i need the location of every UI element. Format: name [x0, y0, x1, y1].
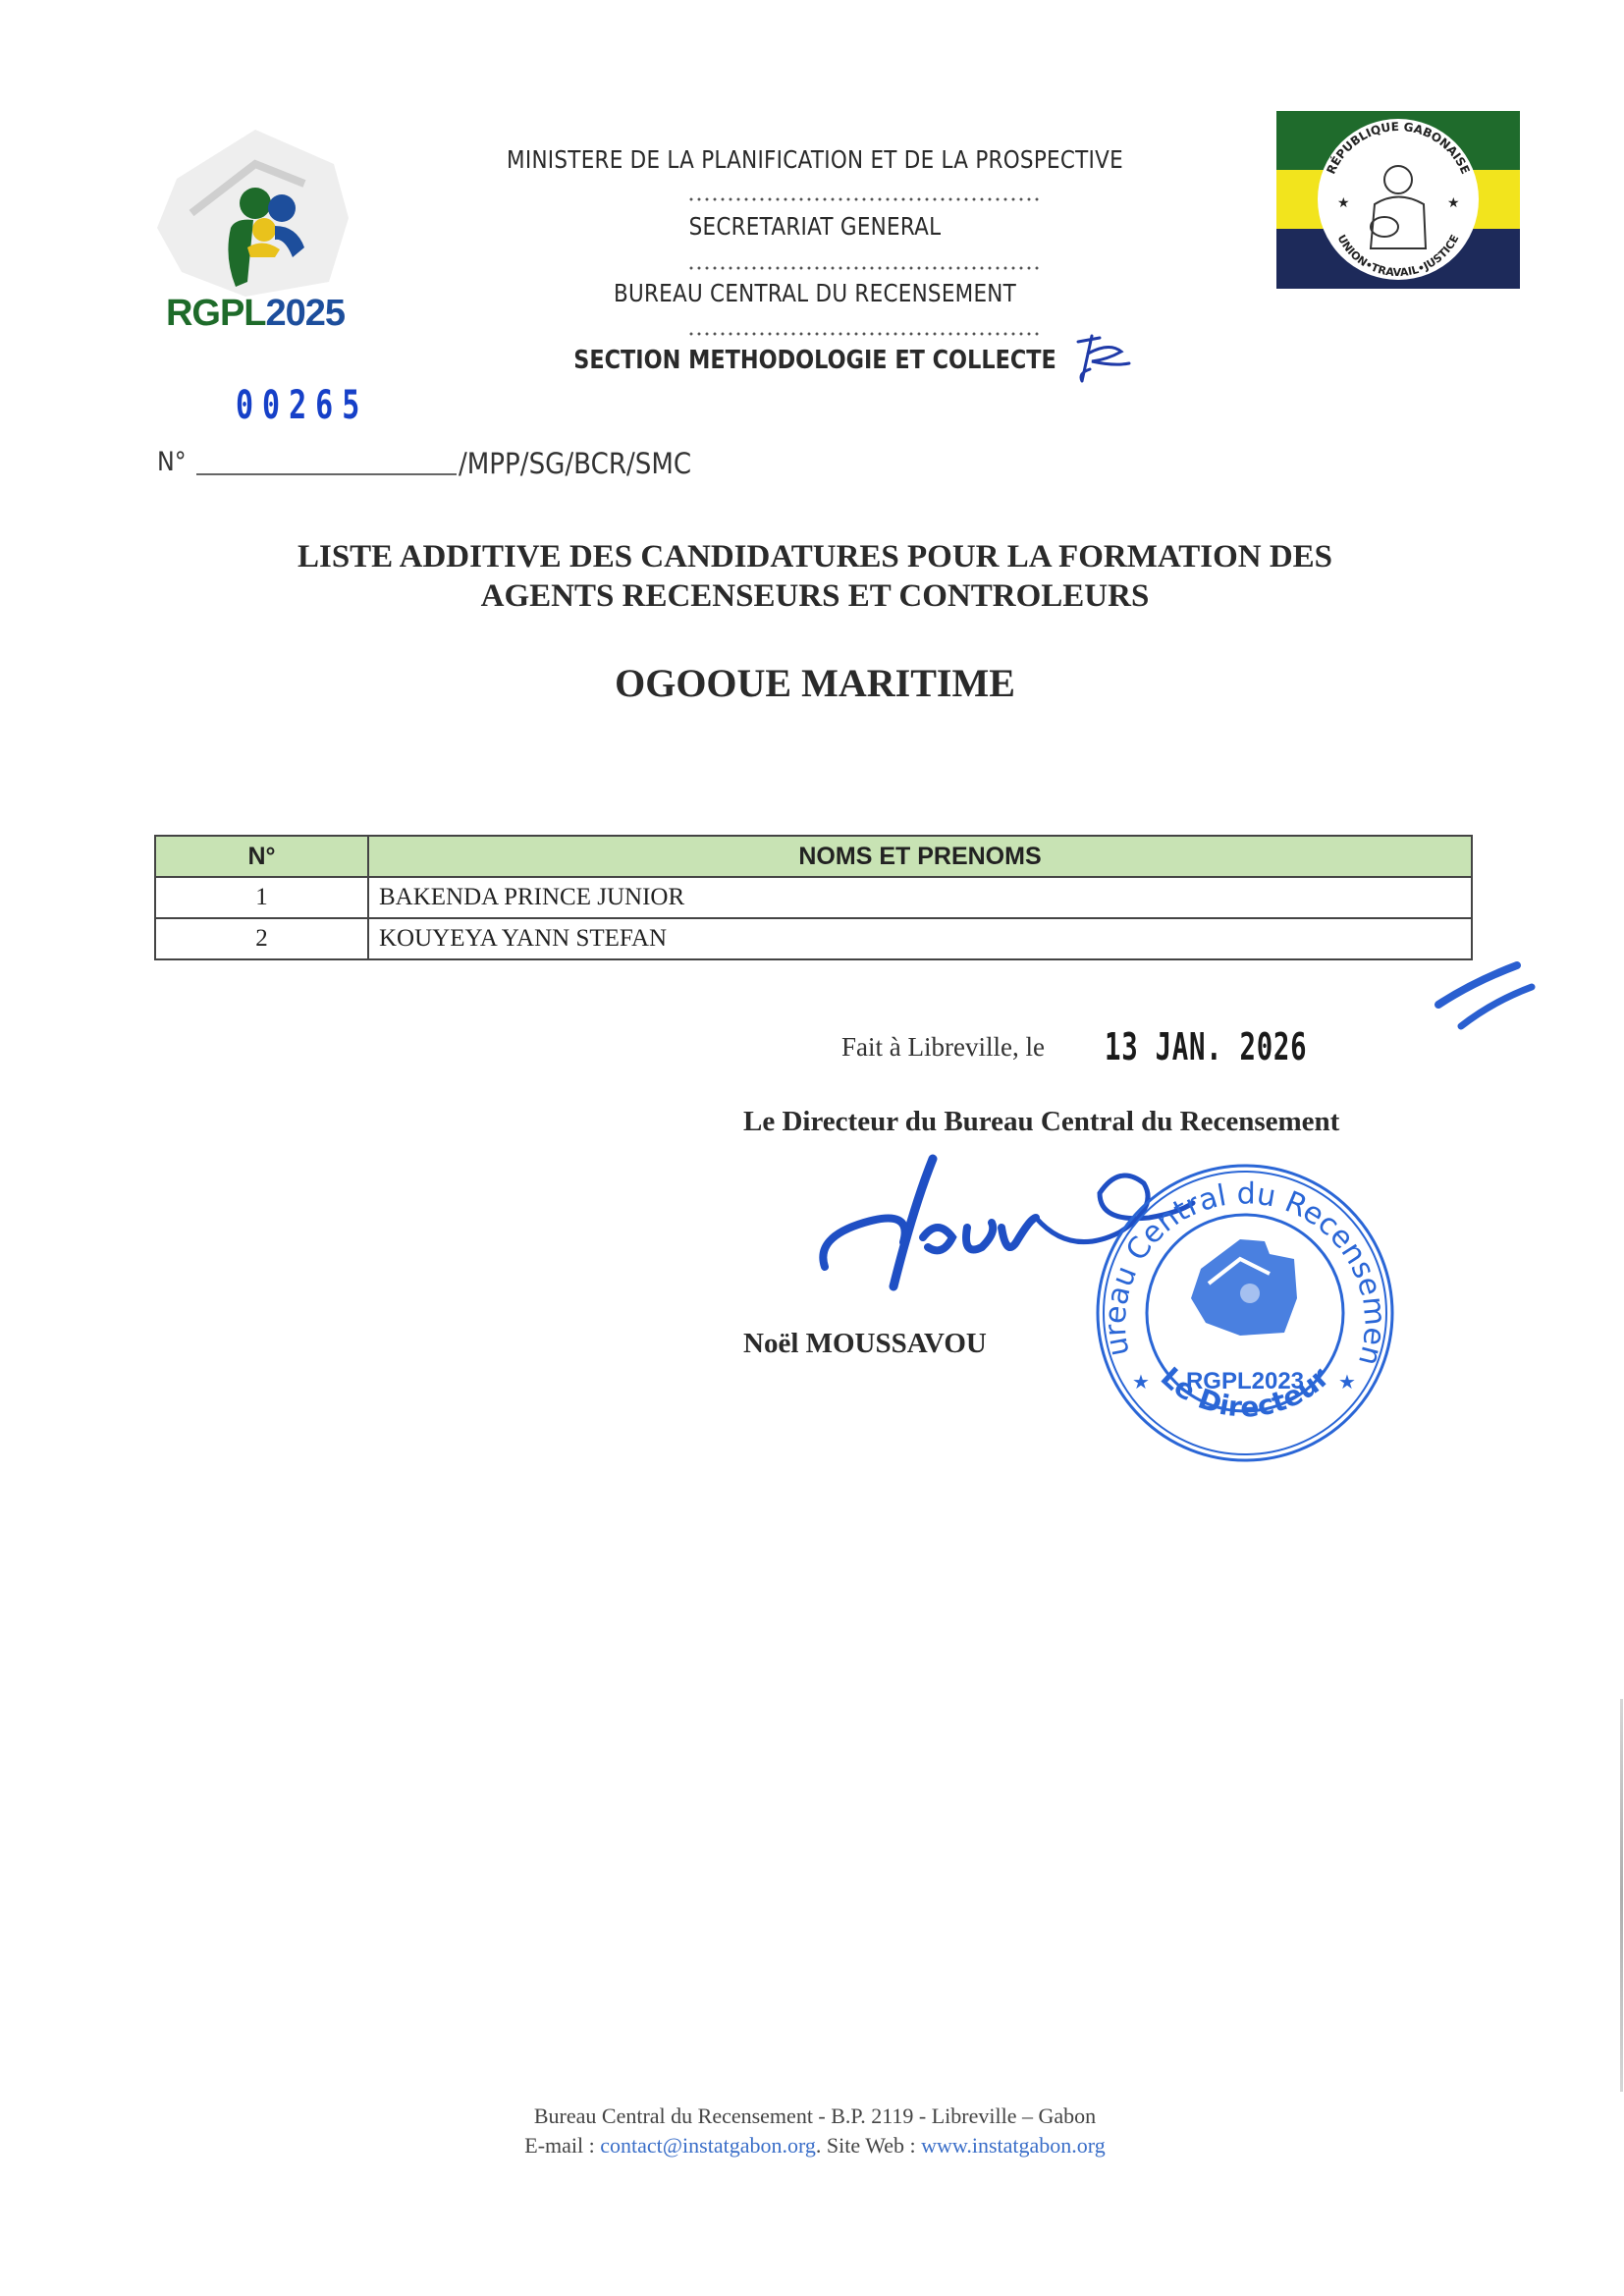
stamped-reference-number: 00265 [236, 383, 368, 428]
svg-text:RGPL2023: RGPL2023 [1186, 1368, 1304, 1394]
footer-address: Bureau Central du Recensement - B.P. 211… [324, 2102, 1306, 2131]
svg-text:★: ★ [1337, 196, 1350, 211]
ministry-name: MINISTERE DE LA PLANIFICATION ET DE LA P… [486, 145, 1145, 174]
signatory-title: Le Directeur du Bureau Central du Recens… [743, 1106, 1339, 1138]
signatory-name: Noël MOUSSAVOU [743, 1328, 987, 1360]
logo-wordmark: RGPL2025 [137, 293, 373, 335]
scan-edge-artifact [1620, 1699, 1623, 2092]
row-name: KOUYEYA YANN STEFAN [368, 918, 1472, 959]
column-header-names: NOMS ET PRENOMS [368, 836, 1472, 877]
footer: Bureau Central du Recensement - B.P. 211… [324, 2102, 1306, 2160]
section-name: SECTION METHODOLOGIE ET COLLECTE [486, 346, 1145, 375]
email-link[interactable]: contact@instatgabon.org [600, 2133, 816, 2158]
closing-slash-marks [1434, 957, 1542, 1036]
separator-dots [687, 196, 1041, 202]
website-link[interactable]: www.instatgabon.org [921, 2133, 1106, 2158]
row-number: 1 [155, 877, 368, 918]
candidates-table: N° NOMS ET PRENOMS 1 BAKENDA PRINCE JUNI… [154, 835, 1473, 960]
handwritten-initial [1070, 332, 1139, 386]
region-title: OGOOUE MARITIME [157, 660, 1473, 706]
footer-contacts: E-mail : contact@instatgabon.org. Site W… [324, 2131, 1306, 2160]
separator-dots [687, 265, 1041, 271]
svg-text:★: ★ [1338, 1372, 1356, 1394]
column-header-number: N° [155, 836, 368, 877]
document-title-line1: LISTE ADDITIVE DES CANDIDATURES POUR LA … [157, 539, 1473, 575]
gabon-flag-emblem: ★ ★ RÉPUBLIQUE GABONAISE UNION•TRAVAIL•J… [1276, 111, 1520, 289]
secretariat-name: SECRETARIAT GENERAL [486, 212, 1145, 241]
reference-prefix: N° [157, 447, 187, 477]
place-label: Fait à Libreville, le [841, 1032, 1045, 1063]
table-header-row: N° NOMS ET PRENOMS [155, 836, 1472, 877]
row-name: BAKENDA PRINCE JUNIOR [368, 877, 1472, 918]
svg-text:★: ★ [1132, 1372, 1150, 1394]
bureau-name: BUREAU CENTRAL DU RECENSEMENT [486, 279, 1145, 307]
reference-suffix: /MPP/SG/BCR/SMC [459, 447, 691, 480]
separator-dots [687, 331, 1041, 337]
table-row: 1 BAKENDA PRINCE JUNIOR [155, 877, 1472, 918]
date-stamp: 13 JAN. 2026 [1105, 1025, 1307, 1068]
official-seal-stamp: Bureau Central du Recensement Le Directe… [1093, 1161, 1397, 1465]
table-row: 2 KOUYEYA YANN STEFAN [155, 918, 1472, 959]
row-number: 2 [155, 918, 368, 959]
document-title-line2: AGENTS RECENSEURS ET CONTROLEURS [157, 578, 1473, 615]
svg-text:★: ★ [1447, 196, 1460, 211]
reference-underline [196, 473, 457, 475]
